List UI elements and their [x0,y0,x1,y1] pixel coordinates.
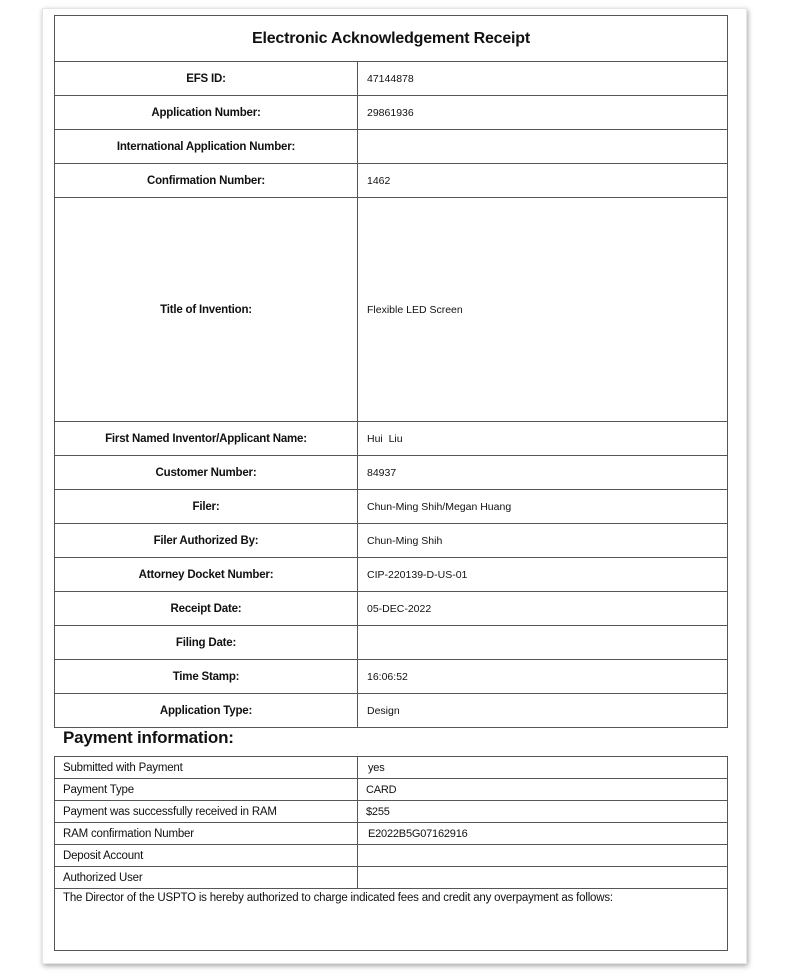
payment-label: Payment Type [55,779,358,801]
row-application-number: Application Number:29861936 [55,96,728,130]
field-value: 47144878 [358,62,728,96]
field-label: Application Number: [55,96,358,130]
field-value: 1462 [358,164,728,198]
row-confirmation-number: Confirmation Number:1462 [55,164,728,198]
row-efs-id: EFS ID:47144878 [55,62,728,96]
payment-label: Deposit Account [55,845,358,867]
field-label: Title of Invention: [55,198,358,422]
payment-label: Submitted with Payment [55,757,358,779]
row-attorney-docket-number: Attorney Docket Number:CIP-220139-D-US-0… [55,558,728,592]
payment-row-submitted-with-payment: Submitted with Paymentyes [55,757,728,779]
payment-row-deposit-account: Deposit Account [55,845,728,867]
payment-information-table: Submitted with Paymentyes Payment TypeCA… [54,756,728,951]
payment-value [358,845,728,867]
field-label: Time Stamp: [55,660,358,694]
payment-label: Authorized User [55,867,358,889]
field-value: Chun-Ming Shih [358,524,728,558]
payment-row-payment-received: Payment was successfully received in RAM… [55,801,728,823]
field-label: Confirmation Number: [55,164,358,198]
row-application-type: Application Type:Design [55,694,728,728]
receipt-title: Electronic Acknowledgement Receipt [55,16,728,62]
payment-row-ram-confirmation-number: RAM confirmation NumberE2022B5G07162916 [55,823,728,845]
acknowledgement-receipt-table: Electronic Acknowledgement Receipt EFS I… [54,15,728,728]
payment-row-authorized-user: Authorized User [55,867,728,889]
field-value: 16:06:52 [358,660,728,694]
field-label: Application Type: [55,694,358,728]
payment-value: $255 [358,801,728,823]
field-value: Chun-Ming Shih/Megan Huang [358,490,728,524]
field-label: First Named Inventor/Applicant Name: [55,422,358,456]
field-value: 05-DEC-2022 [358,592,728,626]
row-customer-number: Customer Number:84937 [55,456,728,490]
row-title-of-invention: Title of Invention:Flexible LED Screen [55,198,728,422]
payment-row-authorization-note: The Director of the USPTO is hereby auth… [55,889,728,951]
payment-label: RAM confirmation Number [55,823,358,845]
payment-value: CARD [358,779,728,801]
field-label: Filer Authorized By: [55,524,358,558]
field-label: Customer Number: [55,456,358,490]
field-value: Flexible LED Screen [358,198,728,422]
payment-value [358,867,728,889]
field-value [358,130,728,164]
field-value: Hui Liu [358,422,728,456]
field-value: 29861936 [358,96,728,130]
field-label: Receipt Date: [55,592,358,626]
payment-information-heading: Payment information: [63,728,234,748]
field-value: 84937 [358,456,728,490]
field-value: Design [358,694,728,728]
field-label: Attorney Docket Number: [55,558,358,592]
payment-value: yes [358,757,728,779]
payment-value: E2022B5G07162916 [358,823,728,845]
field-label: Filer: [55,490,358,524]
row-receipt-date: Receipt Date:05-DEC-2022 [55,592,728,626]
authorization-note: The Director of the USPTO is hereby auth… [55,889,728,951]
row-time-stamp: Time Stamp:16:06:52 [55,660,728,694]
row-international-application-number: International Application Number: [55,130,728,164]
row-filing-date: Filing Date: [55,626,728,660]
payment-label: Payment was successfully received in RAM [55,801,358,823]
row-first-named-inventor: First Named Inventor/Applicant Name:Hui … [55,422,728,456]
field-label: EFS ID: [55,62,358,96]
field-value: CIP-220139-D-US-01 [358,558,728,592]
row-filer-authorized-by: Filer Authorized By:Chun-Ming Shih [55,524,728,558]
field-label: International Application Number: [55,130,358,164]
payment-row-payment-type: Payment TypeCARD [55,779,728,801]
row-filer: Filer:Chun-Ming Shih/Megan Huang [55,490,728,524]
field-value [358,626,728,660]
field-label: Filing Date: [55,626,358,660]
